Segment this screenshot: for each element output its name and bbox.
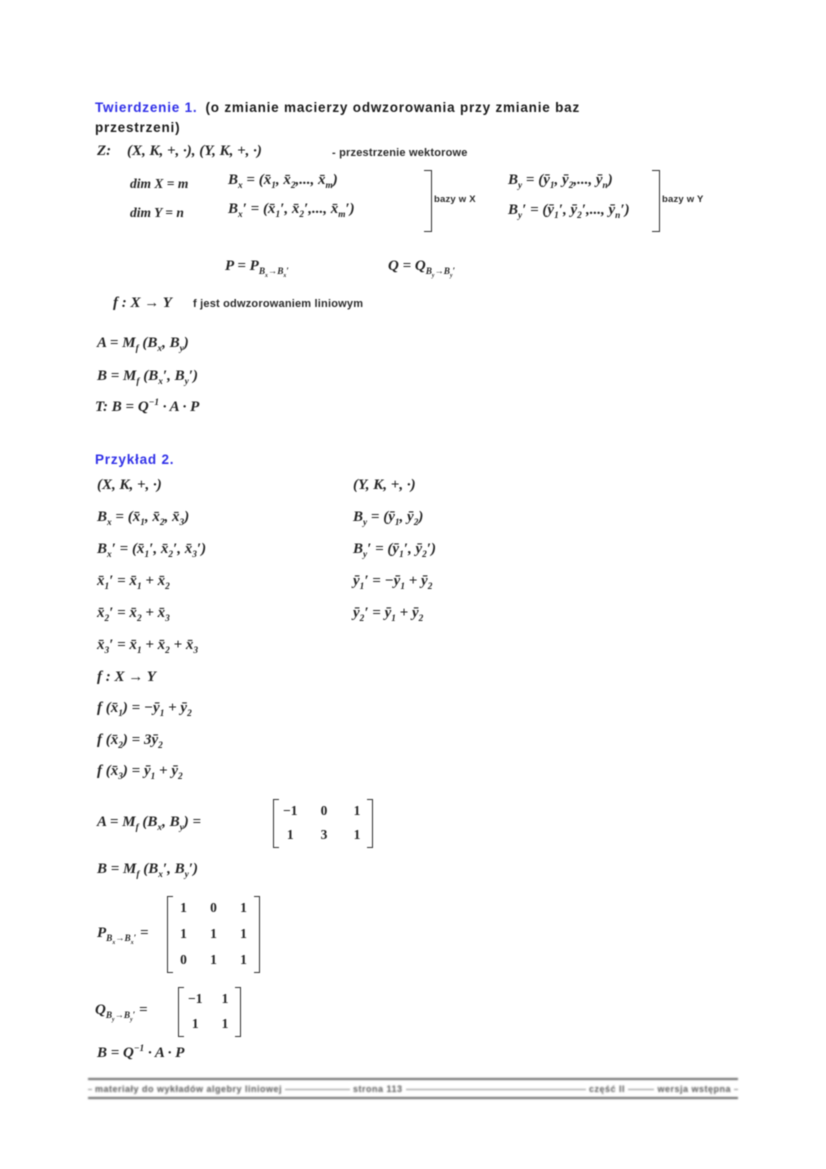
page-footer: materiały do wykładów algebry liniowej s… (88, 1078, 738, 1099)
example-basis-x-prime: Bx′ = (x̄1′, x̄2′, x̄3′) (97, 541, 206, 558)
example-x-space: (X, K, +, ·) (97, 477, 162, 494)
basis-x-line2: Bx′ = (x̄1′, x̄2′,..., x̄m′) (228, 201, 355, 218)
example-f-x3: f (x̄3) = ȳ1 + ȳ2 (97, 763, 183, 780)
f-linear-note: f jest odwzorowaniem liniowym (193, 298, 363, 310)
footer-left-text: materiały do wykładów algebry liniowej (92, 1084, 285, 1094)
example-f-x1: f (x̄1) = −ȳ1 + ȳ2 (97, 700, 192, 717)
basis-y-bracket (652, 170, 660, 232)
example-x2-prime: x̄2′ = x̄2 + x̄3 (97, 605, 170, 622)
example-y1-prime: ȳ1′ = −ȳ1 + ȳ2 (353, 573, 432, 590)
q-definition: Q = QBy→By′ (388, 258, 455, 276)
p-definition: P = PBx→Bx′ (225, 258, 289, 276)
matrix-p: 101111011 (167, 896, 260, 973)
matrix-a-definition: A = Mf (Bx, By) (97, 335, 189, 352)
vector-spaces-tuple: (X, K, +, ·), (Y, K, +, ·) (127, 143, 262, 160)
example-b-line: B = Mf (Bx′, By′) (97, 861, 198, 878)
example-basis-x: Bx = (x̄1, x̄2, x̄3) (97, 509, 189, 526)
example-f-map: f : X → Y (97, 669, 156, 686)
example-final-line: B = Q−1 · A · P (97, 1045, 184, 1062)
theorem-subtitle: (o zmianie macierzy odwzorowania przy zm… (205, 100, 580, 115)
dim-y: dim Y = n (130, 205, 184, 221)
theorem-heading: Twierdzenie 1.(o zmianie macierzy odwzor… (95, 100, 580, 115)
f-map: f : X → Y (113, 295, 172, 312)
example-a-line: A = Mf (Bx, By) = (97, 814, 201, 831)
scanned-content: Twierdzenie 1.(o zmianie macierzy odwzor… (0, 0, 826, 1169)
theorem-title: Twierdzenie 1. (95, 100, 197, 115)
footer-right-text-b: wersja wstępna (654, 1084, 734, 1094)
thesis-line: T: B = Q−1 · A · P (95, 399, 199, 416)
example-basis-y: By = (ȳ1, ȳ2) (353, 509, 423, 526)
document-page: Twierdzenie 1.(o zmianie macierzy odwzor… (0, 0, 826, 1169)
basis-x-label: bazy w X (434, 194, 476, 205)
dim-x: dim X = m (130, 176, 188, 192)
basis-x-bracket (424, 170, 432, 232)
example-f-x2: f (x̄2) = 3ȳ2 (97, 732, 163, 749)
theorem-subtitle-cont: przestrzeni) (95, 120, 180, 135)
basis-y-line1: By = (ȳ1, ȳ2,..., ȳn) (508, 172, 613, 189)
assumption-label: Z: (97, 143, 111, 160)
matrix-a: −101131 (273, 799, 373, 848)
example-basis-y-prime: By′ = (ȳ1′, ȳ2′) (353, 541, 436, 558)
footer-right-text-a: część II (586, 1084, 628, 1094)
basis-x-line1: Bx = (x̄1, x̄2,..., x̄m) (228, 172, 338, 189)
example-y2-prime: ȳ2′ = ȳ1 + ȳ2 (353, 605, 423, 622)
example-x3-prime: x̄3′ = x̄1 + x̄2 + x̄3 (97, 637, 198, 654)
basis-y-line2: By′ = (ȳ1′, ȳ2′,..., ȳn′) (508, 202, 630, 219)
example-q-line: QBy→By′ = (95, 1002, 148, 1020)
example-title: Przykład 2. (95, 452, 174, 467)
basis-y-label: bazy w Y (662, 194, 704, 205)
matrix-q: −1111 (178, 987, 241, 1037)
matrix-b-definition: B = Mf (Bx′, By′) (97, 368, 198, 385)
vector-spaces-note: - przestrzenie wektorowe (332, 147, 468, 159)
example-y-space: (Y, K, +, ·) (353, 477, 416, 494)
example-x1-prime: x̄1′ = x̄1 + x̄2 (97, 573, 170, 590)
footer-center-text: strona 113 (350, 1084, 406, 1094)
example-p-line: PBx→Bx′ = (97, 925, 149, 943)
